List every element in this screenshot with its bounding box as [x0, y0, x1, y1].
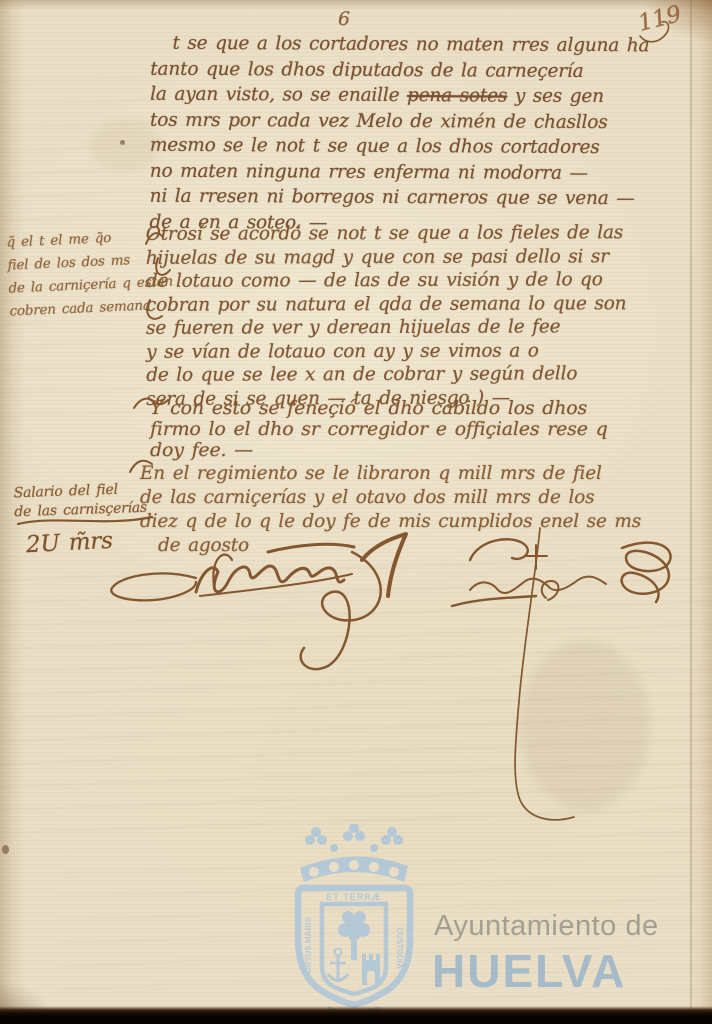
manuscript-line: t se que a los cortadores no maten rres …	[172, 31, 649, 59]
manuscript-line: En el regimiento se le libraron q mill m…	[140, 462, 641, 486]
manuscript-line: de lo que se lee x an de cobrar y según …	[146, 362, 626, 387]
manuscript-line: doy fee. —	[150, 440, 608, 461]
shield-motto-top: ET TERRÆ	[326, 892, 382, 902]
manuscript-line: Y con esto se feneçió el dho cabildo los…	[150, 398, 608, 419]
manuscript-page: 119 6 t se que a los cortadores no maten…	[0, 0, 712, 1018]
scan-background-edge	[0, 1006, 712, 1024]
manuscript-line: la ayan visto, so se enaille pena sotes …	[150, 82, 649, 110]
margin-note-fiel: q̃ el t el me q̃o fiel de los dos ms de …	[6, 224, 174, 323]
manuscript-line: de agosto	[158, 534, 641, 558]
anchor-icon	[328, 949, 348, 983]
watermark-text-ayuntamiento: Ayuntamiento de	[434, 910, 659, 943]
shield-motto-right: CUSTODIA	[395, 927, 404, 969]
manuscript-line: y se vían de lotauo con ay y se vimos a …	[146, 339, 626, 364]
gathering-mark: 6	[338, 8, 350, 30]
manuscript-line: cobran por su natura el qda de semana lo…	[146, 292, 626, 317]
paragraph-4: En el regimiento se le libraron q mill m…	[140, 462, 641, 558]
manuscript-line: firmo lo el dho sr corregidor e offiçial…	[150, 419, 608, 440]
watermark-coat-of-arms: ET TERRÆ PORTUS MARIS CUSTODIA	[294, 824, 416, 1016]
manuscript-line: de las carniçerías y el otavo dos mill m…	[140, 486, 641, 510]
paragraph-2: Otrosí se acordó se not t se que a los f…	[146, 221, 627, 411]
crown-icon	[300, 824, 408, 882]
tower-icon	[362, 954, 380, 985]
manuscript-line: mesmo se le not t se que a los dhos cort…	[150, 133, 649, 161]
manuscript-line: diez q de lo q le doy fe de mis cumplido…	[140, 510, 641, 534]
manuscript-line: tanto que los dhos diputados de la carne…	[150, 56, 649, 84]
manuscript-line: no maten ninguna rres enferma ni modorra…	[150, 158, 649, 186]
margin-note-salary: Salario del fiel de las carnisçerías	[13, 480, 147, 523]
huelva-crest-icon: ET TERRÆ PORTUS MARIS CUSTODIA	[294, 824, 416, 1016]
watermark-text-huelva: HUELVA	[432, 944, 626, 998]
paragraph-1: t se que a los cortadores no maten rres …	[149, 31, 649, 238]
manuscript-line: de lotauo como — de las de su visión y d…	[146, 268, 626, 293]
struck-word: pena sotes	[407, 85, 507, 107]
ink-speck	[120, 140, 125, 145]
manuscript-line: ni la rresen ni borregos ni carneros que…	[150, 184, 649, 212]
manuscript-scan: 119 6 t se que a los cortadores no maten…	[0, 0, 712, 1024]
line-text: la ayan visto, so se enaille	[150, 84, 407, 106]
margin-amount: 2U m̃rs	[25, 528, 113, 559]
paper-stain	[520, 640, 650, 810]
manuscript-line: se fueren de ver y derean hijuelas de le…	[146, 315, 626, 340]
manuscript-line: Otrosí se acordó se not t se que a los f…	[146, 221, 626, 246]
tree-icon	[338, 911, 370, 960]
page-fold-line	[690, 0, 692, 1018]
margin-line: de las carnisçerías	[14, 499, 147, 523]
paragraph-3: Y con esto se feneçió el dho cabildo los…	[150, 398, 608, 461]
signature-flourish-descender	[515, 528, 574, 820]
ink-showthrough	[0, 556, 712, 836]
shield-motto-left: PORTUS MARIS	[304, 917, 313, 979]
line-text: y ses gen	[507, 86, 604, 108]
manuscript-line: tos mrs por cada vez Melo de ximén de ch…	[150, 107, 649, 135]
manuscript-line: hijuelas de su magd y que con se pasi de…	[146, 245, 626, 270]
